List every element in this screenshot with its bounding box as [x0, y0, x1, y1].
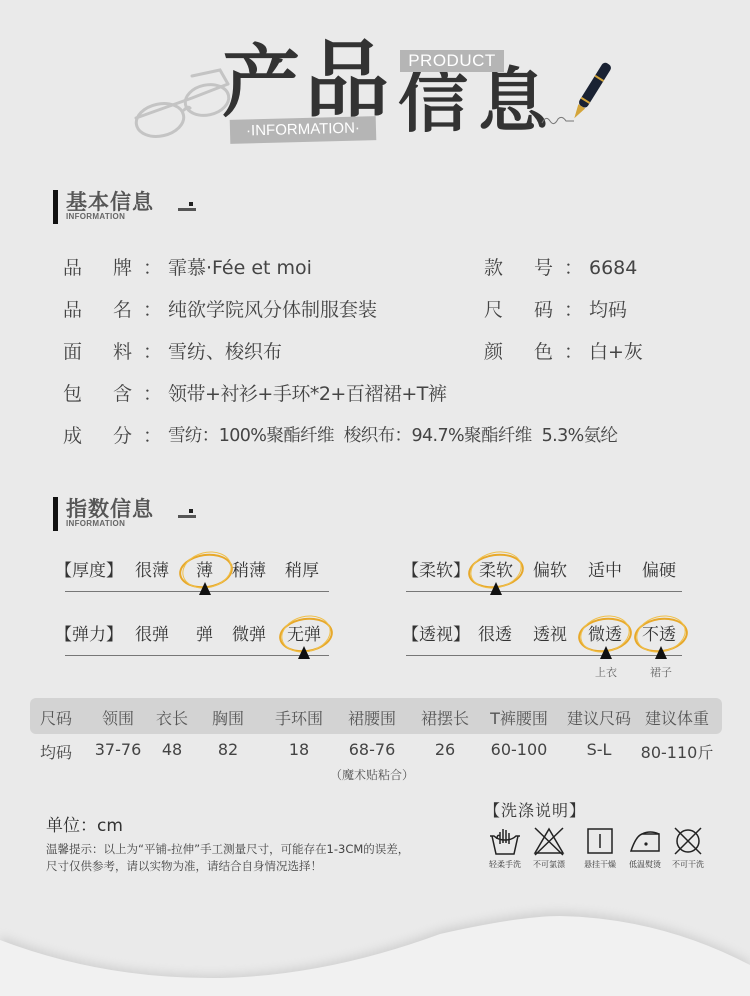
- info-key: 料: [113, 338, 132, 366]
- table-cell-note: （魔术贴粘合）: [330, 766, 414, 783]
- banner-char-3: 信: [398, 66, 468, 136]
- scale-option: 稍厚: [285, 558, 319, 584]
- table-header: 领围: [102, 706, 134, 729]
- heading-dot: [189, 509, 193, 513]
- info-key: 颜: [484, 338, 503, 366]
- scale-option: 偏硬: [642, 558, 676, 584]
- hang-dry-icon: [583, 826, 617, 856]
- scale-option: 弹: [196, 622, 213, 648]
- tip-line-2: 尺寸仅供参考，请以实物为准，请结合自身情况选择！: [46, 858, 322, 874]
- note-top: 上衣: [595, 664, 617, 680]
- table-cell: 26: [435, 740, 455, 759]
- scale-line: [65, 655, 329, 656]
- info-key: 名: [113, 296, 132, 324]
- indicator-arrow-icon: [600, 646, 612, 659]
- table-cell: 48: [162, 740, 182, 759]
- scale-transparency: 【透视】 很透 透视 微透 不透 上衣 裙子: [402, 622, 692, 662]
- note-skirt: 裙子: [650, 664, 672, 680]
- info-key: 面: [63, 338, 82, 366]
- info-value: 雪纺：100%聚酯纤维 梭织布：94.7%聚酯纤维 5.3%氨纶: [168, 422, 617, 450]
- scale-label: 【弹力】: [55, 622, 123, 648]
- no-bleach-icon: [532, 826, 566, 856]
- scale-elasticity: 【弹力】 很弹 弹 微弹 无弹: [55, 622, 335, 662]
- info-key: 品: [63, 254, 82, 282]
- basic-info-subtitle: INFORMATION: [66, 212, 125, 221]
- scale-option: 很透: [478, 622, 512, 648]
- info-colon: ：: [564, 338, 583, 366]
- table-cell: 37-76: [95, 740, 142, 759]
- table-cell: 60-100: [491, 740, 548, 759]
- info-colon: ：: [143, 380, 162, 408]
- table-header: 尺码: [40, 706, 72, 729]
- wash-item-no-bleach: 不可氯漂: [524, 826, 574, 870]
- wash-item-no-dry-clean: 不可干洗: [663, 826, 713, 870]
- hand-wash-icon: [488, 826, 522, 856]
- scale-option: 很薄: [135, 558, 169, 584]
- table-cell: 68-76: [349, 740, 396, 759]
- table-header: 衣长: [156, 706, 188, 729]
- info-colon: ：: [143, 422, 162, 450]
- scale-line: [406, 655, 682, 656]
- banner-char-4: 息: [478, 66, 548, 136]
- info-key: 牌: [113, 254, 132, 282]
- info-value: 均码: [589, 296, 627, 324]
- scale-line: [406, 591, 682, 592]
- info-value: 6684: [589, 254, 637, 282]
- table-header: 手环围: [275, 706, 323, 729]
- table-header: 建议体重: [645, 706, 709, 729]
- wash-label: 不可氯漂: [524, 859, 574, 870]
- info-value: 纯欲学院风分体制服套装: [168, 296, 377, 324]
- info-key: 分: [113, 422, 132, 450]
- table-cell: 82: [218, 740, 238, 759]
- info-key: 码: [534, 296, 553, 324]
- wash-item-hand-wash: 轻柔手洗: [480, 826, 530, 870]
- indicator-arrow-icon: [655, 646, 667, 659]
- no-dry-clean-icon: [671, 826, 705, 856]
- wash-label: 悬挂干燥: [575, 859, 625, 870]
- scale-option: 稍薄: [232, 558, 266, 584]
- info-key: 含: [113, 380, 132, 408]
- info-key: 尺: [484, 296, 503, 324]
- info-key: 号: [534, 254, 553, 282]
- table-header: 裙腰围: [348, 706, 396, 729]
- scale-option: 适中: [588, 558, 622, 584]
- scale-option: 很弹: [135, 622, 169, 648]
- table-header: 胸围: [212, 706, 244, 729]
- info-colon: ：: [564, 254, 583, 282]
- scale-option: 微弹: [232, 622, 266, 648]
- wash-item-hang-dry: 悬挂干燥: [575, 826, 625, 870]
- info-value: 霏慕·Fée et moi: [168, 254, 312, 282]
- info-colon: ：: [564, 296, 583, 324]
- table-header: 裙摆长: [421, 706, 469, 729]
- indicator-arrow-icon: [490, 582, 502, 595]
- info-colon: ：: [143, 338, 162, 366]
- heading-bar: [53, 190, 58, 224]
- table-cell: 80-110斤: [641, 740, 714, 763]
- table-cell: S-L: [587, 740, 612, 759]
- info-colon: ：: [143, 296, 162, 324]
- heading-dash: [178, 208, 196, 211]
- fountain-pen-icon: [540, 55, 620, 135]
- info-key: 品: [63, 296, 82, 324]
- decorative-wave: [0, 880, 750, 996]
- unit-label: 单位：cm: [46, 811, 123, 836]
- indicator-arrow-icon: [199, 582, 211, 595]
- scale-option: 偏软: [533, 558, 567, 584]
- info-key: 款: [484, 254, 503, 282]
- scale-line: [65, 591, 329, 592]
- info-key: 成: [63, 422, 82, 450]
- low-iron-icon: [628, 826, 662, 856]
- heading-dot: [189, 202, 193, 206]
- table-cell: 18: [289, 740, 309, 759]
- information-tag: ·INFORMATION·: [230, 116, 377, 144]
- scale-thickness: 【厚度】 很薄 薄 稍薄 稍厚: [55, 558, 335, 598]
- index-info-subtitle: INFORMATION: [66, 519, 125, 528]
- banner-char-2: 品: [305, 38, 389, 122]
- table-header: 建议尺码: [567, 706, 631, 729]
- scale-label: 【透视】: [402, 622, 470, 648]
- tip-line-1: 温馨提示：以上为“平铺-拉伸”手工测量尺寸，可能存在1-3CM的误差，: [46, 841, 409, 857]
- info-value: 雪纺、梭织布: [168, 338, 282, 366]
- wash-label: 轻柔手洗: [480, 859, 530, 870]
- info-value: 领带+衬衫+手环*2+百褶裙+T裤: [168, 380, 446, 408]
- wash-label: 不可干洗: [663, 859, 713, 870]
- table-cell: 均码: [40, 740, 72, 763]
- banner-char-1: 产: [222, 44, 300, 122]
- scale-softness: 【柔软】 柔软 偏软 适中 偏硬: [402, 558, 692, 598]
- heading-bar: [53, 497, 58, 531]
- info-key: 色: [534, 338, 553, 366]
- scale-label: 【柔软】: [402, 558, 470, 584]
- info-value: 白+灰: [589, 338, 643, 366]
- wash-title: 【洗涤说明】: [484, 798, 586, 821]
- scale-option: 透视: [533, 622, 567, 648]
- product-tag: PRODUCT: [400, 50, 504, 72]
- info-key: 包: [63, 380, 82, 408]
- indicator-arrow-icon: [298, 646, 310, 659]
- header-banner: 产 品 信 息 PRODUCT ·INFORMATION·: [0, 0, 750, 160]
- scale-label: 【厚度】: [55, 558, 123, 584]
- info-colon: ：: [143, 254, 162, 282]
- heading-dash: [178, 515, 196, 518]
- table-header: T裤腰围: [490, 706, 548, 729]
